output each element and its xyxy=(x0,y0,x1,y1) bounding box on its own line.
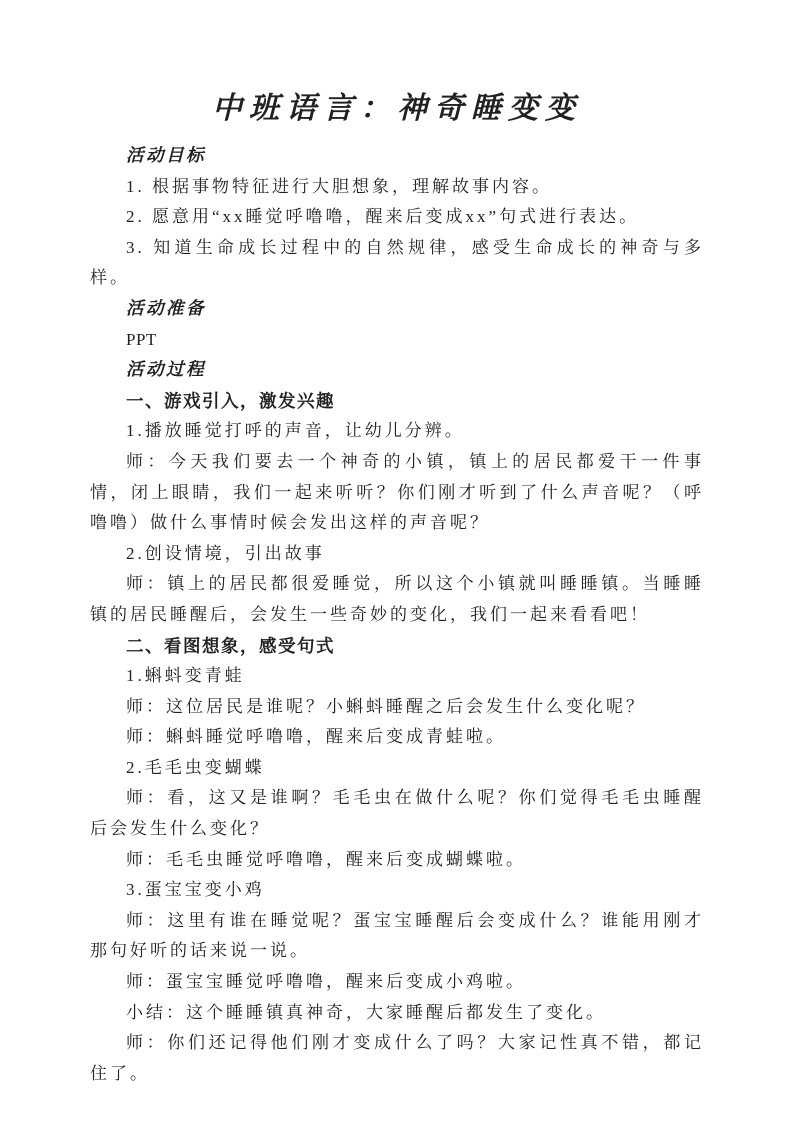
teacher-line-tadpole-a: 师：蝌蚪睡觉呼噜噜，醒来后变成青蛙啦。 xyxy=(90,722,704,753)
step-2-1-tadpole-frog: 1.蝌蚪变青蛙 xyxy=(90,661,704,692)
teacher-line-sleep-town: 师：镇上的居民都很爱睡觉，所以这个小镇就叫睡睡镇。当睡睡镇的居民睡醒后，会发生一… xyxy=(90,569,704,630)
heading-activity-process: 活动过程 xyxy=(90,355,704,386)
goal-item-1: 1. 根据事物特征进行大胆想象，理解故事内容。 xyxy=(90,172,704,203)
teacher-line-egg-a: 师：蛋宝宝睡觉呼噜噜，醒来后变成小鸡啦。 xyxy=(90,967,704,998)
goal-item-3: 3. 知道生命成长过程中的自然规律，感受生命成长的神奇与多样。 xyxy=(90,233,704,294)
step-2-3-egg-chick: 3.蛋宝宝变小鸡 xyxy=(90,875,704,906)
step-1-2-create-scenario: 2.创设情境，引出故事 xyxy=(90,539,704,570)
teacher-line-tadpole-q: 师：这位居民是谁呢？小蝌蚪睡醒之后会发生什么变化呢？ xyxy=(90,692,704,723)
teacher-line-caterpillar-q: 师：看，这又是谁啊？毛毛虫在做什么呢？你们觉得毛毛虫睡醒后会发生什么变化？ xyxy=(90,783,704,844)
section-1-heading: 一、游戏引入，激发兴趣 xyxy=(90,386,704,417)
teacher-line-recall: 师：你们还记得他们刚才变成什么了吗？大家记性真不错，都记住了。 xyxy=(90,1028,704,1089)
heading-activity-preparation: 活动准备 xyxy=(90,294,704,325)
step-1-1-play-snoring: 1.播放睡觉打呼的声音，让幼儿分辨。 xyxy=(90,416,704,447)
teacher-line-caterpillar-a: 师：毛毛虫睡觉呼噜噜，醒来后变成蝴蝶啦。 xyxy=(90,845,704,876)
teacher-line-egg-q: 师：这里有谁在睡觉呢？蛋宝宝睡醒后会变成什么？谁能用刚才那句好听的话来说一说。 xyxy=(90,906,704,967)
summary-line: 小结：这个睡睡镇真神奇，大家睡醒后都发生了变化。 xyxy=(90,998,704,1029)
teacher-line-intro-town: 师：今天我们要去一个神奇的小镇，镇上的居民都爱干一件事情，闭上眼睛，我们一起来听… xyxy=(90,447,704,539)
document-page: 中班语言：神奇睡变变 活动目标 1. 根据事物特征进行大胆想象，理解故事内容。 … xyxy=(0,0,794,1123)
doc-title: 中班语言：神奇睡变变 xyxy=(90,86,704,132)
heading-activity-goals: 活动目标 xyxy=(90,141,704,172)
preparation-ppt: PPT xyxy=(90,325,704,356)
goal-item-2: 2. 愿意用“xx睡觉呼噜噜，醒来后变成xx”句式进行表达。 xyxy=(90,202,704,233)
step-2-2-caterpillar-butterfly: 2.毛毛虫变蝴蝶 xyxy=(90,753,704,784)
section-2-heading: 二、看图想象，感受句式 xyxy=(90,631,704,662)
